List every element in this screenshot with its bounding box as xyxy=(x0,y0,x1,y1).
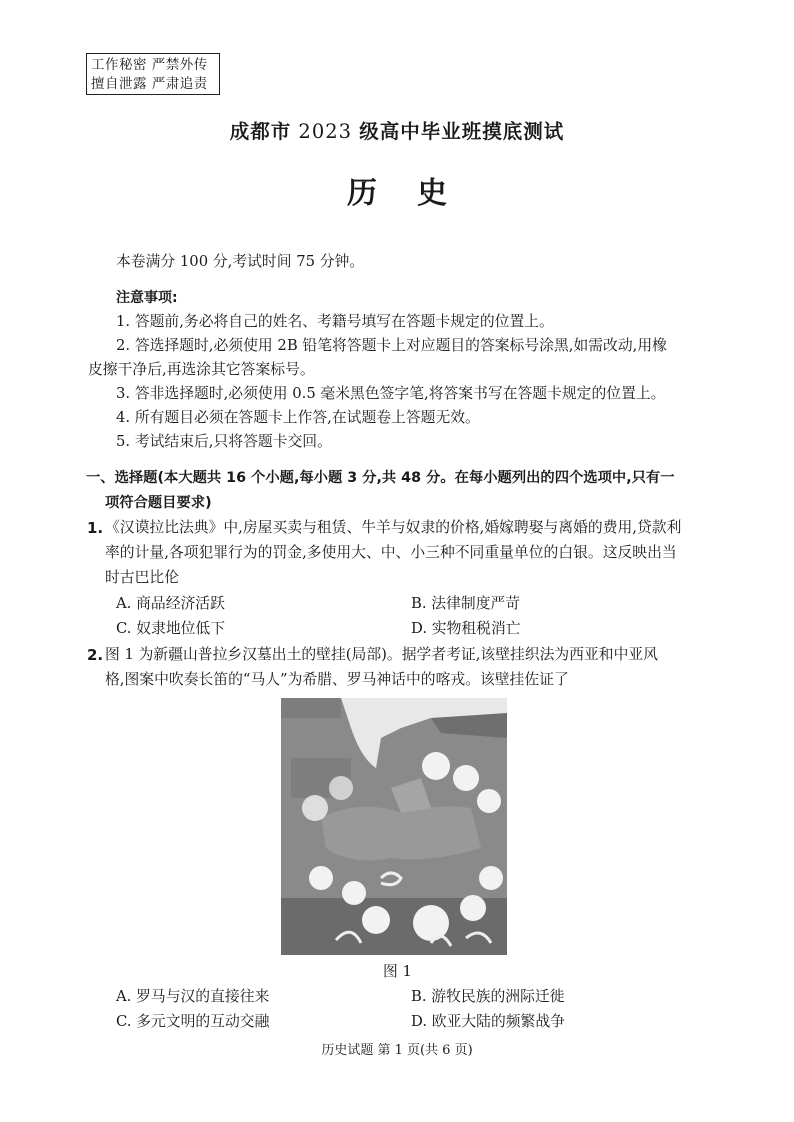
option-b: B. 法律制度严苛 xyxy=(411,592,520,616)
option-text: 实物租税消亡 xyxy=(432,620,521,637)
question-text-line: 《汉谟拉比法典》中,房屋买卖与租赁、牛羊与奴隶的价格,婚嫁聘娶与离婚的费用,贷款… xyxy=(105,516,681,540)
option-text: 游牧民族的洲际迁徙 xyxy=(431,988,564,1005)
option-c: C. 多元文明的互动交融 xyxy=(116,1010,269,1034)
note-item-2-cont: 皮擦干净后,再选涂其它答案标号。 xyxy=(88,358,315,382)
note-item-4: 4. 所有题目必须在答题卡上作答,在试题卷上答题无效。 xyxy=(116,406,480,430)
question-text-line: 图 1 为新疆山普拉乡汉墓出土的壁挂(局部)。据学者考证,该壁挂织法为西亚和中亚… xyxy=(105,643,658,667)
option-label: B. xyxy=(411,988,427,1005)
question-text-line: 时古巴比伦 xyxy=(105,566,179,590)
option-a: A. 罗马与汉的直接往来 xyxy=(116,985,269,1009)
question-text-line: 格,图案中吹奏长笛的“马人”为希腊、罗马神话中的喀戎。该壁挂佐证了 xyxy=(105,668,569,692)
option-text: 欧亚大陆的频繁战争 xyxy=(432,1013,565,1030)
note-item-1: 1. 答题前,务必将自己的姓名、考籍号填写在答题卡规定的位置上。 xyxy=(116,310,554,334)
option-text: 多元文明的互动交融 xyxy=(136,1013,269,1030)
question-text-line: 率的计量,各项犯罪行为的罚金,多使用大、中、小三种不同重量单位的白银。这反映出当 xyxy=(105,541,677,565)
note-item-2: 2. 答选择题时,必须使用 2B 铅笔将答题卡上对应题目的答案标号涂黑,如需改动… xyxy=(116,334,667,358)
option-text: 商品经济活跃 xyxy=(136,595,225,612)
option-b: B. 游牧民族的洲际迁徙 xyxy=(411,985,564,1009)
figure-caption: 图 1 xyxy=(383,960,412,984)
exam-intro: 本卷满分 100 分,考试时间 75 分钟。 xyxy=(116,250,364,274)
option-a: A. 商品经济活跃 xyxy=(116,592,225,616)
option-label: C. xyxy=(116,1013,132,1030)
question-number: 2. xyxy=(87,643,103,667)
option-text: 法律制度严苛 xyxy=(431,595,520,612)
subject-title: 历史 xyxy=(0,168,794,212)
option-text: 罗马与汉的直接往来 xyxy=(136,988,269,1005)
confidential-notice-box: 工作秘密 严禁外传 擅自泄露 严肃追责 xyxy=(86,53,220,95)
title-city: 成都市 xyxy=(230,120,292,143)
notes-heading: 注意事项: xyxy=(116,286,178,310)
option-d: D. 实物租税消亡 xyxy=(411,617,521,641)
section-heading-line-2: 项符合题目要求) xyxy=(105,491,212,515)
tapestry-illustration-icon xyxy=(281,698,507,955)
title-year: 2023 xyxy=(291,120,359,143)
option-label: D. xyxy=(411,1013,427,1030)
option-text: 奴隶地位低下 xyxy=(136,620,225,637)
section-heading-line-1: 一、选择题(本大题共 16 个小题,每小题 3 分,共 48 分。在每小题列出的… xyxy=(86,466,675,490)
option-label: D. xyxy=(411,620,427,637)
option-label: C. xyxy=(116,620,132,637)
option-label: A. xyxy=(116,988,131,1005)
confidential-line-2: 擅自泄露 严肃追责 xyxy=(91,75,219,94)
tapestry-figure-image xyxy=(281,698,507,955)
note-item-5: 5. 考试结束后,只将答题卡交回。 xyxy=(116,430,332,454)
option-label: A. xyxy=(116,595,131,612)
confidential-line-1: 工作秘密 严禁外传 xyxy=(91,56,219,75)
question-number: 1. xyxy=(87,516,103,540)
option-label: B. xyxy=(411,595,427,612)
note-item-3: 3. 答非选择题时,必须使用 0.5 毫米黑色签字笔,将答案书写在答题卡规定的位… xyxy=(116,382,665,406)
title-suffix: 级高中毕业班摸底测试 xyxy=(359,120,564,143)
option-d: D. 欧亚大陆的频繁战争 xyxy=(411,1010,565,1034)
option-c: C. 奴隶地位低下 xyxy=(116,617,225,641)
page-footer: 历史试题 第 1 页(共 6 页) xyxy=(0,1039,794,1058)
exam-title: 成都市 2023 级高中毕业班摸底测试 xyxy=(0,116,794,144)
